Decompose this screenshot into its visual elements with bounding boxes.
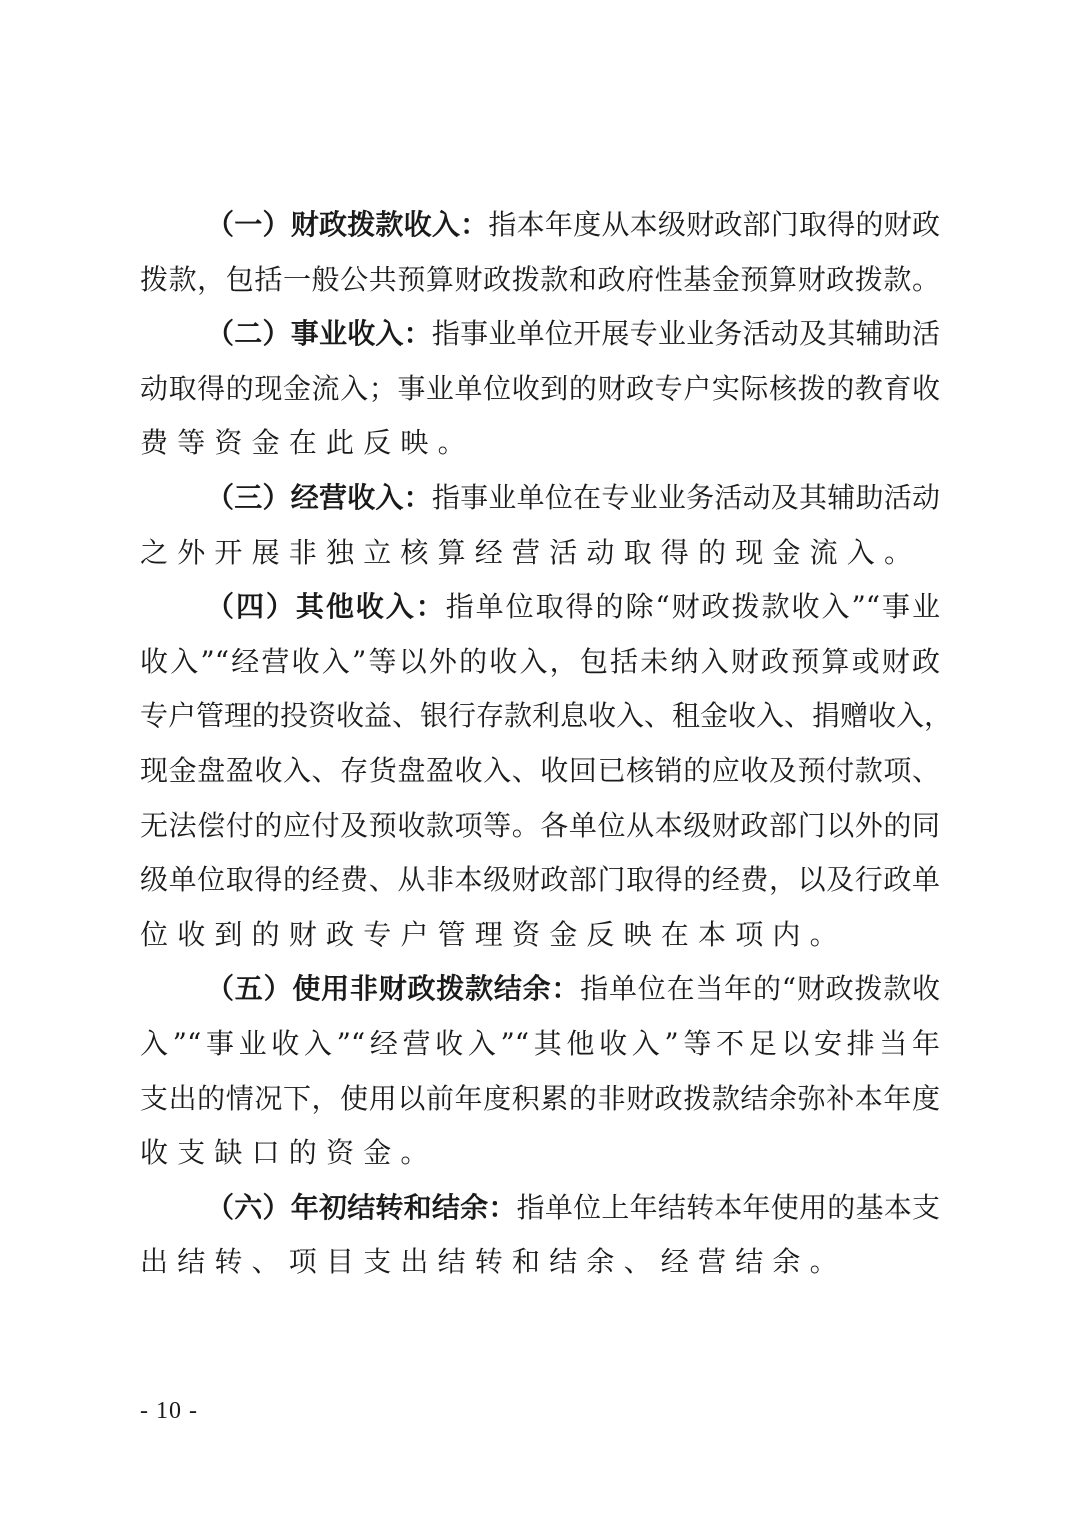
paragraph-line: 出结转、项目支出结转和结余、经营结余。: [140, 1235, 940, 1290]
paragraph-use-of-non-fiscal-balance: （五）使用非财政拨款结余：指单位在当年的“财政拨款收 入”“事业收入”“经营收入…: [140, 962, 940, 1180]
paragraph-heading: （六）年初结转和结余：: [206, 1191, 517, 1224]
paragraph-line: （四）其他收入：指单位取得的除“财政拨款收入”“事业: [140, 580, 940, 635]
paragraph-heading: （五）使用非财政拨款结余：: [206, 972, 580, 1005]
paragraph-line: 位收到的财政专户管理资金反映在本项内。: [140, 908, 940, 963]
paragraph-fiscal-appropriation-income: （一）财政拨款收入：指本年度从本级财政部门取得的财政 拨款，包括一般公共预算财政…: [140, 198, 940, 307]
page-number: - 10 -: [140, 1398, 198, 1425]
paragraph-line: 拨款，包括一般公共预算财政拨款和政府性基金预算财政拨款。: [140, 253, 940, 308]
paragraph-heading: （二）事业收入：: [206, 317, 432, 350]
paragraph-text: 指单位在当年的“财政拨款收: [580, 972, 940, 1005]
paragraph-line: 入”“事业收入”“经营收入”“其他收入”等不足以安排当年: [140, 1017, 940, 1072]
paragraph-line: （六）年初结转和结余：指单位上年结转本年使用的基本支: [140, 1181, 940, 1236]
paragraph-text: 指本年度从本级财政部门取得的财政: [488, 208, 940, 241]
paragraph-heading: （三）经营收入：: [206, 481, 432, 514]
paragraph-line: 收支缺口的资金。: [140, 1126, 940, 1181]
paragraph-line: 收入”“经营收入”等以外的收入，包括未纳入财政预算或财政: [140, 635, 940, 690]
paragraph-text: 指事业单位开展专业业务活动及其辅助活: [432, 317, 940, 350]
paragraph-operating-income: （三）经营收入：指事业单位在专业业务活动及其辅助活动 之外开展非独立核算经营活动…: [140, 471, 940, 580]
paragraph-heading: （四）其他收入：: [206, 590, 446, 623]
paragraph-line: （二）事业收入：指事业单位开展专业业务活动及其辅助活: [140, 307, 940, 362]
paragraph-line: 现金盘盈收入、存货盘盈收入、收回已核销的应收及预付款项、: [140, 744, 940, 799]
paragraph-line: （一）财政拨款收入：指本年度从本级财政部门取得的财政: [140, 198, 940, 253]
paragraph-text: 指单位取得的除“财政拨款收入”“事业: [446, 590, 940, 623]
paragraph-line: 费等资金在此反映。: [140, 416, 940, 471]
paragraph-other-income: （四）其他收入：指单位取得的除“财政拨款收入”“事业 收入”“经营收入”等以外的…: [140, 580, 940, 962]
paragraph-text: 指单位上年结转本年使用的基本支: [517, 1191, 940, 1224]
document-body: （一）财政拨款收入：指本年度从本级财政部门取得的财政 拨款，包括一般公共预算财政…: [140, 198, 940, 1290]
paragraph-line: 专户管理的投资收益、银行存款利息收入、租金收入、捐赠收入，: [140, 689, 940, 744]
paragraph-line: （三）经营收入：指事业单位在专业业务活动及其辅助活动: [140, 471, 940, 526]
paragraph-line: 无法偿付的应付及预收款项等。各单位从本级财政部门以外的同: [140, 799, 940, 854]
paragraph-line: 之外开展非独立核算经营活动取得的现金流入。: [140, 526, 940, 581]
document-page: （一）财政拨款收入：指本年度从本级财政部门取得的财政 拨款，包括一般公共预算财政…: [0, 0, 1075, 1520]
paragraph-line: （五）使用非财政拨款结余：指单位在当年的“财政拨款收: [140, 962, 940, 1017]
paragraph-line: 级单位取得的经费、从非本级财政部门取得的经费，以及行政单: [140, 853, 940, 908]
paragraph-text: 指事业单位在专业业务活动及其辅助活动: [432, 481, 940, 514]
paragraph-line: 动取得的现金流入；事业单位收到的财政专户实际核拨的教育收: [140, 362, 940, 417]
paragraph-business-income: （二）事业收入：指事业单位开展专业业务活动及其辅助活 动取得的现金流入；事业单位…: [140, 307, 940, 471]
paragraph-carryover-and-balance: （六）年初结转和结余：指单位上年结转本年使用的基本支 出结转、项目支出结转和结余…: [140, 1181, 940, 1290]
paragraph-heading: （一）财政拨款收入：: [206, 208, 488, 241]
paragraph-line: 支出的情况下，使用以前年度积累的非财政拨款结余弥补本年度: [140, 1072, 940, 1127]
